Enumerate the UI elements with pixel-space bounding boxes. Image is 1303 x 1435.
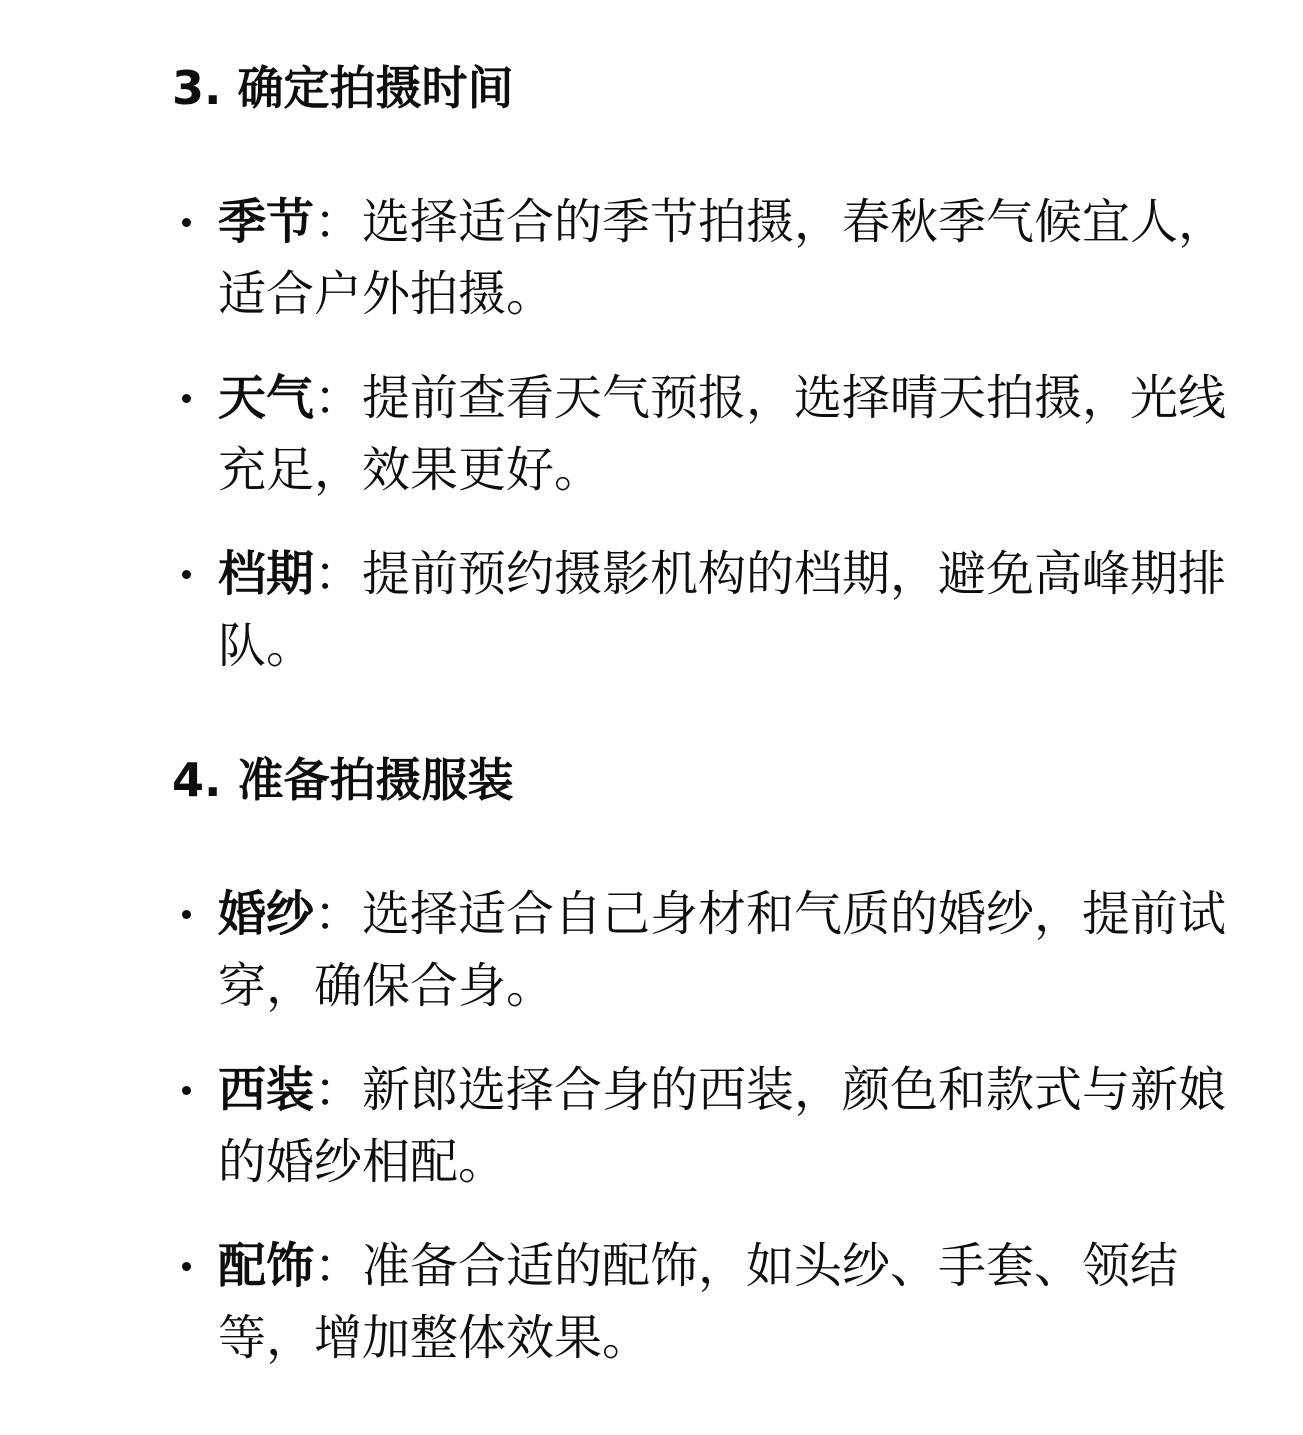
item-colon: ： xyxy=(314,370,362,426)
bullet-icon xyxy=(182,910,191,919)
section-heading-clothing: 4. 准备拍摄服装 xyxy=(172,744,514,816)
item-term: 季节 xyxy=(218,194,314,250)
item-term: 配饰 xyxy=(218,1238,314,1294)
item-text: 准备合适的配饰，如头纱、手套、领结等，增加整体效果。 xyxy=(218,1238,1178,1366)
item-term: 婚纱 xyxy=(218,886,314,942)
list-item-accessories: 配饰：准备合适的配饰，如头纱、手套、领结等，增加整体效果。 xyxy=(172,1230,1228,1374)
item-term: 西装 xyxy=(218,1062,314,1118)
list-item-wedding-dress: 婚纱：选择适合自己身材和气质的婚纱，提前试穿，确保合身。 xyxy=(172,878,1228,1022)
item-colon: ： xyxy=(314,1062,362,1118)
list-item-schedule: 档期：提前预约摄影机构的档期，避免高峰期排队。 xyxy=(172,538,1228,682)
bullet-icon xyxy=(182,394,191,403)
bullet-icon xyxy=(182,1262,191,1271)
item-text: 选择适合自己身材和气质的婚纱，提前试穿，确保合身。 xyxy=(218,886,1226,1014)
bullet-icon xyxy=(182,218,191,227)
item-text: 新郎选择合身的西装，颜色和款式与新娘的婚纱相配。 xyxy=(218,1062,1226,1190)
item-text: 提前查看天气预报，选择晴天拍摄，光线充足，效果更好。 xyxy=(218,370,1226,498)
bullet-icon xyxy=(182,570,191,579)
item-text: 选择适合的季节拍摄，春秋季气候宜人，适合户外拍摄。 xyxy=(218,194,1226,322)
list-item-suit: 西装：新郎选择合身的西装，颜色和款式与新娘的婚纱相配。 xyxy=(172,1054,1228,1198)
list-item-season: 季节：选择适合的季节拍摄，春秋季气候宜人，适合户外拍摄。 xyxy=(172,186,1228,330)
item-term: 档期 xyxy=(218,546,314,602)
item-colon: ： xyxy=(314,1238,362,1294)
section-heading-shooting-time: 3. 确定拍摄时间 xyxy=(172,52,514,124)
item-colon: ： xyxy=(314,546,362,602)
shooting-time-list: 季节：选择适合的季节拍摄，春秋季气候宜人，适合户外拍摄。 天气：提前查看天气预报… xyxy=(172,186,1228,682)
bullet-icon xyxy=(182,1086,191,1095)
item-colon: ： xyxy=(314,194,362,250)
list-item-weather: 天气：提前查看天气预报，选择晴天拍摄，光线充足，效果更好。 xyxy=(172,362,1228,506)
clothing-list: 婚纱：选择适合自己身材和气质的婚纱，提前试穿，确保合身。 西装：新郎选择合身的西… xyxy=(172,878,1228,1374)
item-term: 天气 xyxy=(218,370,314,426)
item-colon: ： xyxy=(314,886,362,942)
item-text: 提前预约摄影机构的档期，避免高峰期排队。 xyxy=(218,546,1226,674)
